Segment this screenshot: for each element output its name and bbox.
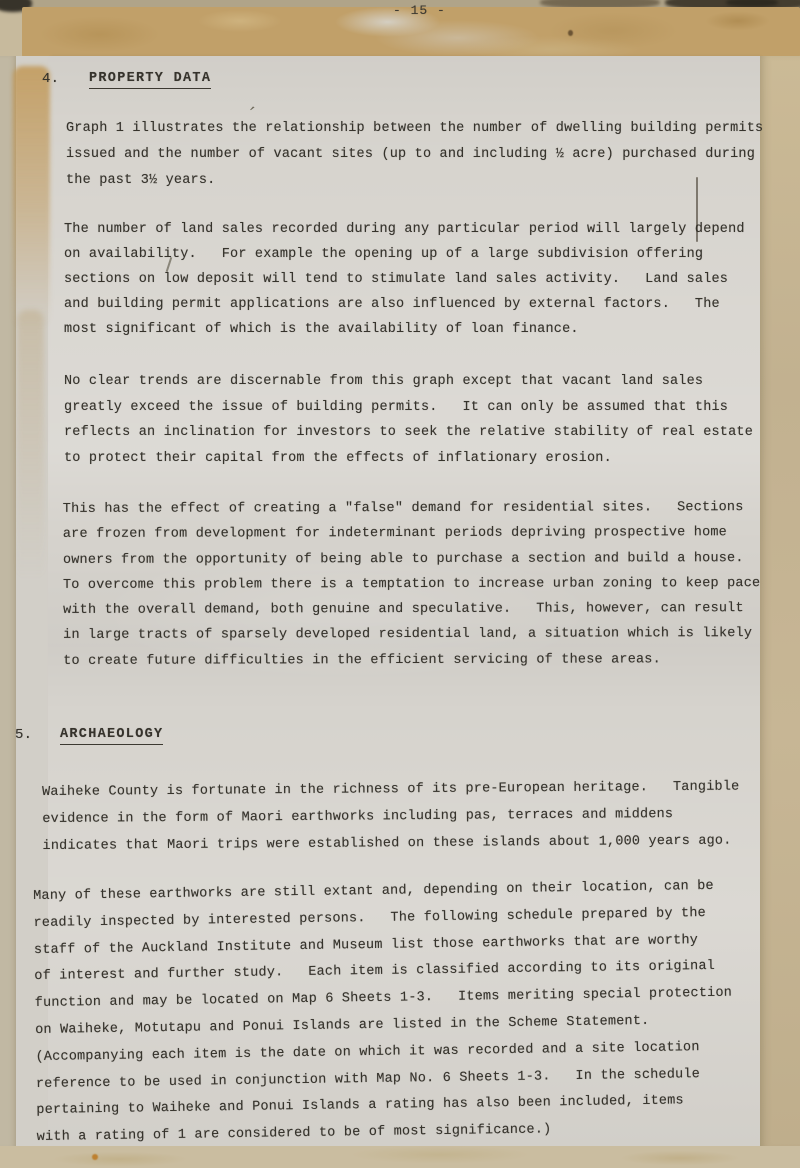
stain-speck-bottom: [92, 1154, 98, 1160]
paragraph-trends: No clear trends are discernable from thi…: [64, 369, 753, 471]
typed-line: owners from the opportunity of being abl…: [63, 546, 760, 573]
scan-dark-patch: [726, 0, 778, 7]
typed-line: most significant of which is the availab…: [64, 317, 745, 342]
paragraph-false-demand: This has the effect of creating a "false…: [63, 495, 761, 674]
typed-line: Graph 1 illustrates the relationship bet…: [66, 116, 763, 142]
stain-streak-left: [13, 66, 50, 328]
typed-line: and building permit applications are als…: [64, 292, 745, 317]
typed-line: The number of land sales recorded during…: [64, 217, 745, 242]
typed-line: the past 3½ years.: [66, 168, 763, 194]
typed-line: indicates that Maori trips were establis…: [42, 828, 740, 861]
stain-speck: [568, 30, 573, 36]
typed-line: reflects an inclination for investors to…: [64, 420, 753, 446]
typed-line: greatly exceed the issue of building per…: [64, 395, 753, 421]
typed-line: to protect their capital from the effect…: [64, 446, 753, 472]
scanned-document-page: ’ - 15 - 4. PROPERTY DATA Graph 1 illust…: [0, 0, 800, 1168]
typed-line: issued and the number of vacant sites (u…: [66, 142, 763, 168]
paragraph-land-sales: The number of land sales recorded during…: [64, 217, 745, 342]
typed-line: are frozen from development for indeterm…: [63, 520, 760, 547]
typed-line: in large tracts of sparsely developed re…: [63, 622, 760, 649]
typed-line: To overcome this problem there is a temp…: [63, 571, 760, 598]
typed-line: with the overall demand, both genuine an…: [63, 596, 760, 623]
typed-line: This has the effect of creating a "false…: [63, 495, 760, 522]
section-5-heading: ARCHAEOLOGY: [60, 727, 163, 742]
section-4-number: 4.: [42, 71, 59, 87]
typed-line: sections on low deposit will tend to sti…: [64, 267, 745, 292]
section-5-number: 5.: [15, 727, 32, 743]
page-number: - 15 -: [393, 3, 446, 18]
section-5-title: ARCHAEOLOGY: [60, 727, 163, 745]
typed-line: No clear trends are discernable from thi…: [64, 369, 753, 395]
stain-streak-left-faint: [17, 310, 44, 580]
typed-line: to create future difficulties in the eff…: [63, 647, 760, 674]
paragraph-graph1: Graph 1 illustrates the relationship bet…: [66, 116, 763, 193]
paragraph-heritage: Waiheke County is fortunate in the richn…: [42, 774, 740, 861]
paragraph-earthworks-schedule: Many of these earthworks are still extan…: [33, 874, 734, 1152]
section-4-heading: PROPERTY DATA: [89, 71, 211, 86]
scan-right-edge: [760, 56, 800, 1148]
section-4-title: PROPERTY DATA: [89, 71, 211, 89]
typed-line: on availability. For example the opening…: [64, 242, 745, 267]
